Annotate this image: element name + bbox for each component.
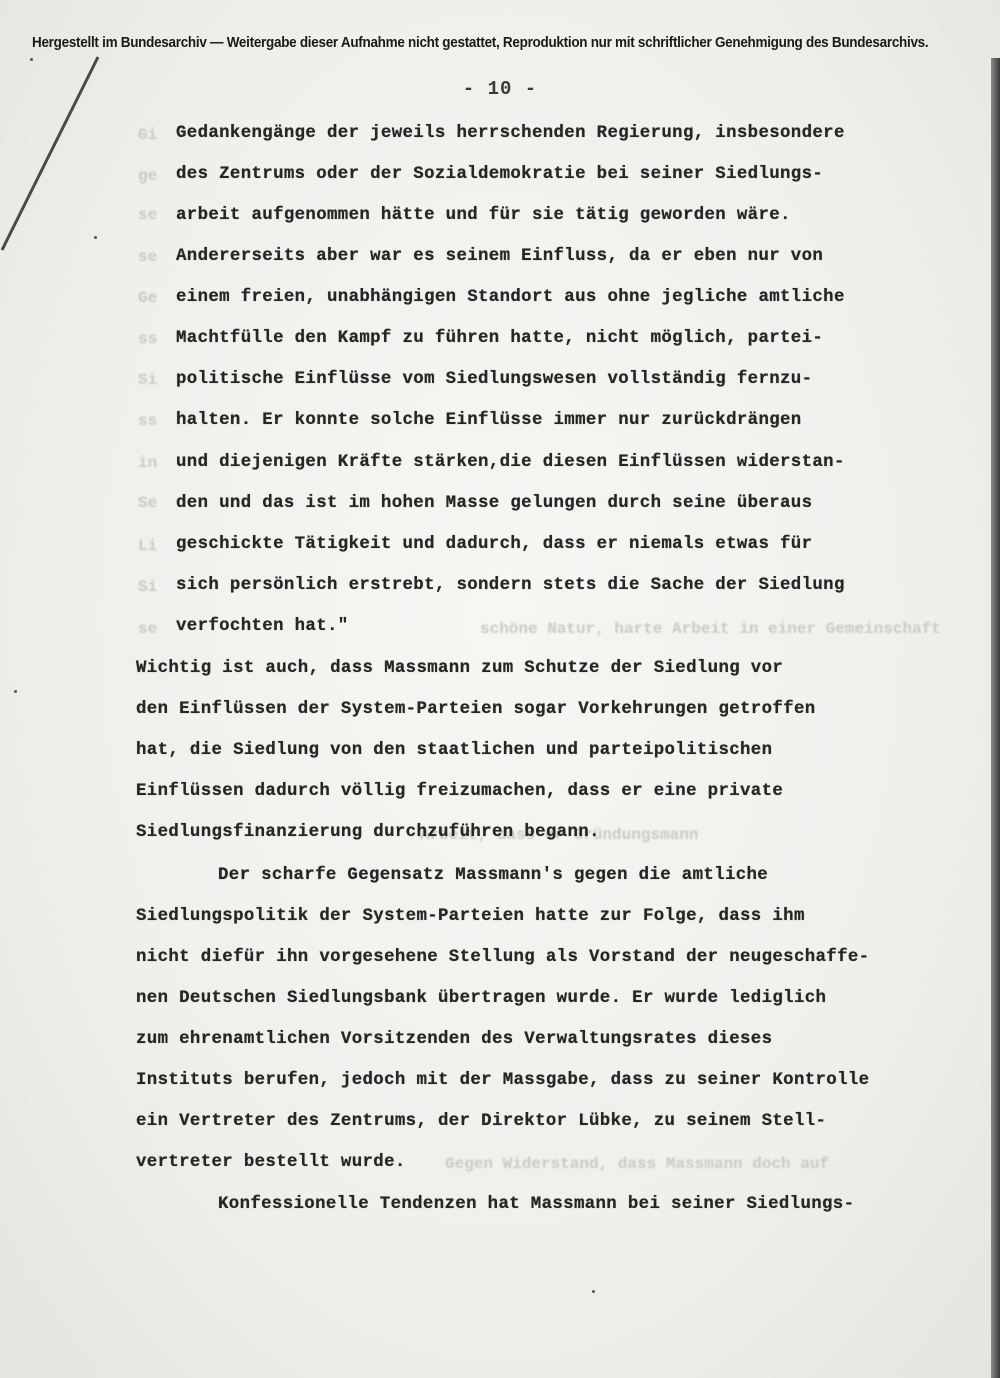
- text-line: nen Deutschen Siedlungsbank übertragen w…: [136, 989, 826, 1008]
- text-line: Andererseits aber war es seinem Einfluss…: [176, 247, 823, 266]
- page-number: - 10 -: [0, 78, 1000, 100]
- text-line: sich persönlich erstrebt, sondern stets …: [176, 576, 845, 595]
- scanned-document-page: Hergestellt im Bundesarchiv — Weitergabe…: [0, 0, 1000, 1378]
- text-line: den und das ist im hohen Masse gelungen …: [176, 494, 812, 513]
- text-line: den Einflüssen der System-Parteien sogar…: [136, 700, 816, 719]
- text-line: arbeit aufgenommen hätte und für sie tät…: [176, 206, 791, 225]
- text-line: politische Einflüsse vom Siedlungswesen …: [176, 370, 812, 389]
- scan-edge-shadow: [991, 58, 1000, 1378]
- text-line: Der scharfe Gegensatz Massmann's gegen d…: [218, 866, 768, 885]
- text-line: des Zentrums oder der Sozialdemokratie b…: [176, 165, 823, 184]
- text-line: zum ehrenamtlichen Vorsitzenden des Verw…: [136, 1030, 772, 1049]
- text-line: geschickte Tätigkeit und dadurch, dass e…: [176, 535, 812, 554]
- text-line: Wichtig ist auch, dass Massmann zum Schu…: [136, 659, 783, 678]
- text-line: vertreter bestellt wurde.: [136, 1153, 406, 1172]
- text-line: ein Vertreter des Zentrums, der Direktor…: [136, 1112, 826, 1131]
- text-line: verfochten hat.": [176, 617, 349, 636]
- archive-reproduction-notice: Hergestellt im Bundesarchiv — Weitergabe…: [32, 35, 925, 51]
- text-line: halten. Er konnte solche Einflüsse immer…: [176, 411, 802, 430]
- text-line: nicht diefür ihn vorgesehene Stellung al…: [136, 948, 869, 967]
- text-line: Machtfülle den Kampf zu führen hatte, ni…: [176, 329, 823, 348]
- text-line: und diejenigen Kräfte stärken,die diesen…: [176, 453, 845, 472]
- text-line: Instituts berufen, jedoch mit der Massga…: [136, 1071, 869, 1090]
- text-line: Einflüssen dadurch völlig freizumachen, …: [136, 782, 783, 801]
- text-line: Konfessionelle Tendenzen hat Massmann be…: [218, 1195, 854, 1214]
- text-line: Siedlungsfinanzierung durchzuführen bega…: [136, 823, 600, 842]
- text-line: einem freien, unabhängigen Standort aus …: [176, 288, 845, 307]
- text-line: Siedlungspolitik der System-Parteien hat…: [136, 907, 805, 926]
- text-line: Gedankengänge der jeweils herrschenden R…: [176, 124, 845, 143]
- text-line: hat, die Siedlung von den staatlichen un…: [136, 741, 772, 760]
